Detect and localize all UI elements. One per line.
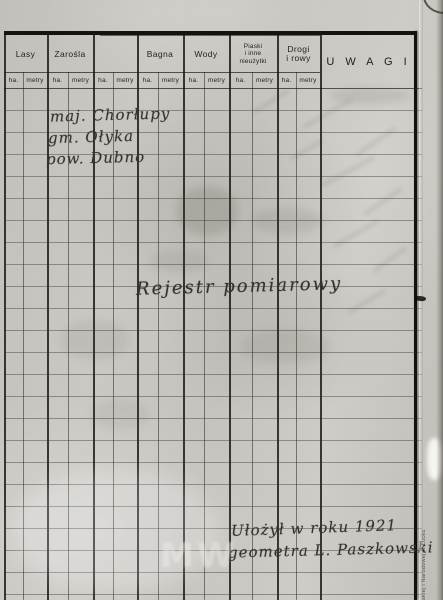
subheader-ha: ha. <box>47 72 68 88</box>
row-line <box>4 176 422 177</box>
subheader-metry: metry <box>23 72 47 88</box>
subheader-metry: metry <box>204 72 229 88</box>
stain <box>240 330 330 364</box>
light-wash <box>10 470 220 590</box>
subheader-metry: metry <box>158 72 183 88</box>
column-header-piaski-i-inne-nieu-ytki: Piaski i inne nieużytki <box>229 36 277 72</box>
stain <box>60 320 130 360</box>
subheader-ha: ha. <box>277 72 296 88</box>
row-line <box>4 242 422 243</box>
stain <box>176 186 238 236</box>
subheader-ha: ha. <box>137 72 158 88</box>
row-line <box>4 308 422 309</box>
subheader-metry: metry <box>68 72 93 88</box>
row-line <box>4 374 422 375</box>
handwritten-estate-name: maj. Chorłupy <box>50 104 171 125</box>
column-group-line <box>229 31 231 600</box>
handwritten-gmina: gm. Ołyka <box>48 127 134 147</box>
subheader-metry: metry <box>296 72 320 88</box>
handwritten-powiat: pow. Dubno <box>46 148 146 169</box>
stain <box>150 250 210 272</box>
subheader-metry: metry <box>113 72 137 88</box>
page-edge-shadow <box>436 0 443 600</box>
document-scan: LasyZaroślaBagnaWodyPiaski i inne nieuży… <box>0 0 443 600</box>
table-right-border <box>414 31 417 600</box>
subheader-ha: ha. <box>183 72 204 88</box>
row-line <box>4 418 422 419</box>
table-left-border <box>4 31 6 600</box>
column-group-line <box>277 31 279 600</box>
row-line <box>4 462 422 463</box>
row-line <box>4 396 422 397</box>
subheader-ha: ha. <box>4 72 23 88</box>
stain <box>90 400 150 430</box>
column-header-blank <box>93 36 137 72</box>
subheader-ha: ha. <box>229 72 252 88</box>
subheader-ha: ha. <box>93 72 113 88</box>
row-line <box>4 594 422 595</box>
row-line <box>4 440 422 441</box>
stain <box>252 208 322 234</box>
column-header-wody: Wody <box>183 36 229 72</box>
stain <box>330 88 410 104</box>
row-line <box>4 264 422 265</box>
column-header-zaro-la: Zarośla <box>47 36 93 72</box>
subheader-metry: metry <box>252 72 277 88</box>
column-header-uwagi: U W A G I <box>320 36 417 88</box>
column-header-lasy: Lasy <box>4 36 47 72</box>
column-header-drogi-i-rowy: Drogi i rowy <box>277 36 320 72</box>
column-header-bagna: Bagna <box>137 36 183 72</box>
